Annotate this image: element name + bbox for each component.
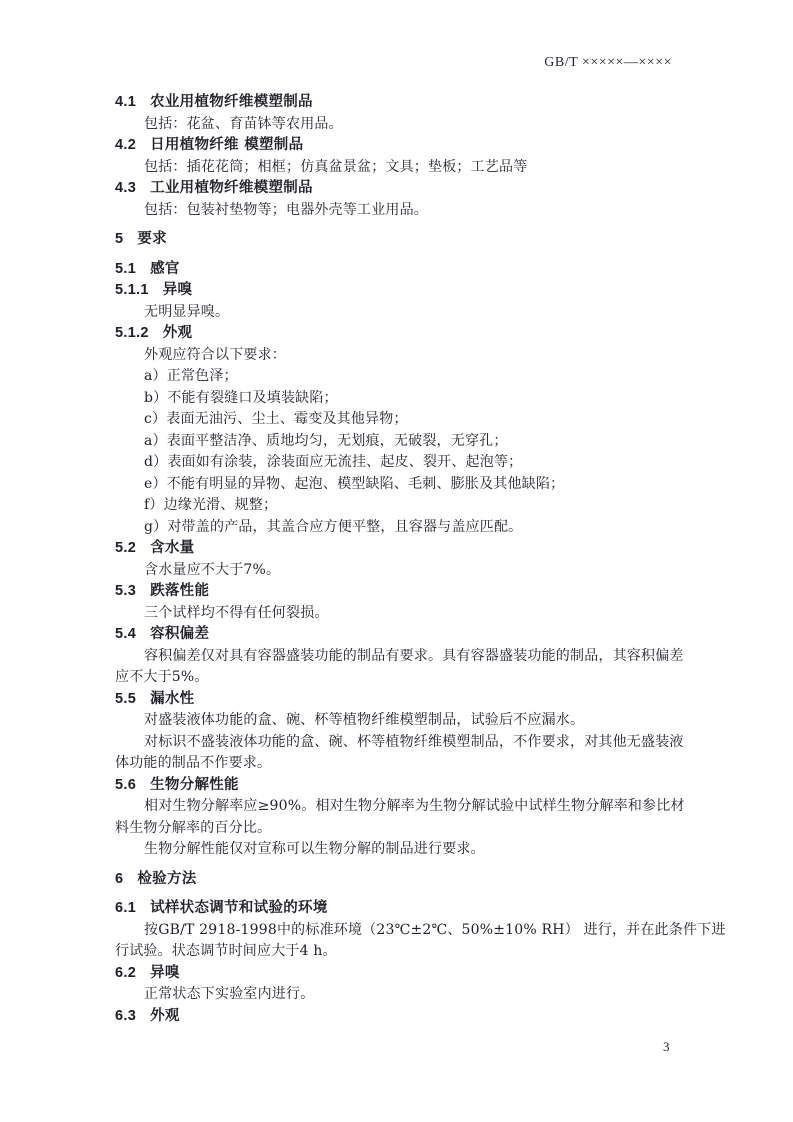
clause-number: 4.3 <box>115 178 136 200</box>
body-line: 对盛装液体功能的盒、碗、杯等植物纤维模塑制品，试验后不应漏水。 <box>115 710 682 732</box>
clause-title: 感官 <box>150 261 180 277</box>
clause-heading: 4.2日用植物纤维 模塑制品 <box>115 135 682 157</box>
body-line: 生物分解性能仅对宣称可以生物分解的制品进行要求。 <box>115 839 682 861</box>
clause-title: 工业用植物纤维模塑制品 <box>150 180 313 196</box>
clause-title: 试样状态调节和试验的环境 <box>150 900 328 916</box>
document-body: 4.1农业用植物纤维模塑制品包括：花盆、育苗钵等农用品。4.2日用植物纤维 模塑… <box>115 92 682 1027</box>
body-line: 包括：插花花筒；相框；仿真盆景盆；文具；垫板；工艺品等 <box>115 157 682 179</box>
clause-heading: 5.6生物分解性能 <box>115 775 682 797</box>
clause-heading: 4.3工业用植物纤维模塑制品 <box>115 178 682 200</box>
clause-title: 外观 <box>163 325 193 341</box>
body-line: 正常状态下实验室内进行。 <box>115 984 682 1006</box>
clause-number: 5.3 <box>115 581 136 603</box>
clause-heading: 6.2异嗅 <box>115 963 682 985</box>
clause-title: 农业用植物纤维模塑制品 <box>150 94 313 110</box>
clause-number: 6.2 <box>115 963 136 985</box>
page-number: 3 <box>663 1039 670 1055</box>
clause-number: 5.4 <box>115 624 136 646</box>
clause-title: 跌落性能 <box>150 583 209 599</box>
clause-title: 含水量 <box>150 540 194 556</box>
body-line: 包括：包装衬垫物等；电器外壳等工业用品。 <box>115 200 682 222</box>
clause-title: 生物分解性能 <box>150 777 239 793</box>
body-line: 行试验。状态调节时间应大于4 h。 <box>115 941 682 963</box>
clause-title: 外观 <box>150 1008 180 1024</box>
body-line: 三个试样均不得有任何裂损。 <box>115 603 682 625</box>
clause-title: 异嗅 <box>163 282 193 298</box>
clause-number: 5.5 <box>115 689 136 711</box>
body-line: 相对生物分解率应≥90%。相对生物分解率为生物分解试验中试样生物分解率和参比材 <box>115 796 682 818</box>
body-line: 包括：花盆、育苗钵等农用品。 <box>115 114 682 136</box>
clause-title: 漏水性 <box>150 691 194 707</box>
body-line: e）不能有明显的异物、起泡、模型缺陷、毛刺、膨胀及其他缺陷； <box>115 474 682 496</box>
document-page: GB/T ×××××—×××× 4.1农业用植物纤维模塑制品包括：花盆、育苗钵等… <box>0 0 793 1122</box>
clause-heading: 5要求 <box>115 229 682 251</box>
body-line: a）正常色泽； <box>115 366 682 388</box>
standard-number: GB/T ×××××—×××× <box>544 55 672 70</box>
page-header: GB/T ×××××—×××× <box>0 55 672 71</box>
body-line: g）对带盖的产品，其盖合应方便平整，且容器与盖应匹配。 <box>115 517 682 539</box>
clause-heading: 4.1农业用植物纤维模塑制品 <box>115 92 682 114</box>
clause-heading: 6检验方法 <box>115 869 682 891</box>
body-line: f）边缘光滑、规整； <box>115 495 682 517</box>
clause-title: 要求 <box>137 231 167 247</box>
clause-heading: 5.3跌落性能 <box>115 581 682 603</box>
body-line: 容积偏差仅对具有容器盛装功能的制品有要求。具有容器盛装功能的制品，其容积偏差 <box>115 646 682 668</box>
clause-number: 4.1 <box>115 92 136 114</box>
clause-number: 4.2 <box>115 135 136 157</box>
clause-heading: 5.5漏水性 <box>115 689 682 711</box>
clause-heading: 5.4容积偏差 <box>115 624 682 646</box>
clause-number: 5.1.1 <box>115 280 149 302</box>
clause-heading: 5.2含水量 <box>115 538 682 560</box>
clause-number: 5.1 <box>115 259 136 281</box>
clause-number: 5.6 <box>115 775 136 797</box>
body-line: b）不能有裂缝口及填装缺陷； <box>115 388 682 410</box>
clause-number: 6.1 <box>115 898 136 920</box>
body-line: 按GB/T 2918-1998中的标准环境（23℃±2℃、50%±10% RH）… <box>115 920 682 942</box>
clause-heading: 5.1.2外观 <box>115 323 682 345</box>
body-line: 对标识不盛装液体功能的盒、碗、杯等植物纤维模塑制品，不作要求，对其他无盛装液 <box>115 732 682 754</box>
clause-title: 检验方法 <box>137 871 196 887</box>
body-line: 体功能的制品不作要求。 <box>115 753 682 775</box>
body-line: 应不大于5%。 <box>115 667 682 689</box>
body-line: a）表面平整洁净、质地均匀，无划痕，无破裂，无穿孔； <box>115 431 682 453</box>
clause-heading: 5.1.1异嗅 <box>115 280 682 302</box>
clause-title: 容积偏差 <box>150 626 209 642</box>
clause-heading: 6.3外观 <box>115 1006 682 1028</box>
clause-number: 5.2 <box>115 538 136 560</box>
clause-heading: 6.1试样状态调节和试验的环境 <box>115 898 682 920</box>
clause-number: 6 <box>115 869 123 891</box>
body-line: 含水量应不大于7%。 <box>115 560 682 582</box>
clause-title: 日用植物纤维 模塑制品 <box>150 137 303 153</box>
body-line: d）表面如有涂装，涂装面应无流挂、起皮、裂开、起泡等； <box>115 452 682 474</box>
body-line: 无明显异嗅。 <box>115 302 682 324</box>
clause-title: 异嗅 <box>150 965 180 981</box>
clause-number: 6.3 <box>115 1006 136 1028</box>
body-line: 料生物分解率的百分比。 <box>115 818 682 840</box>
body-line: c）表面无油污、尘土、霉变及其他异物； <box>115 409 682 431</box>
page-number-value: 3 <box>663 1039 670 1054</box>
clause-heading: 5.1感官 <box>115 259 682 281</box>
body-line: 外观应符合以下要求： <box>115 345 682 367</box>
clause-number: 5 <box>115 229 123 251</box>
clause-number: 5.1.2 <box>115 323 149 345</box>
